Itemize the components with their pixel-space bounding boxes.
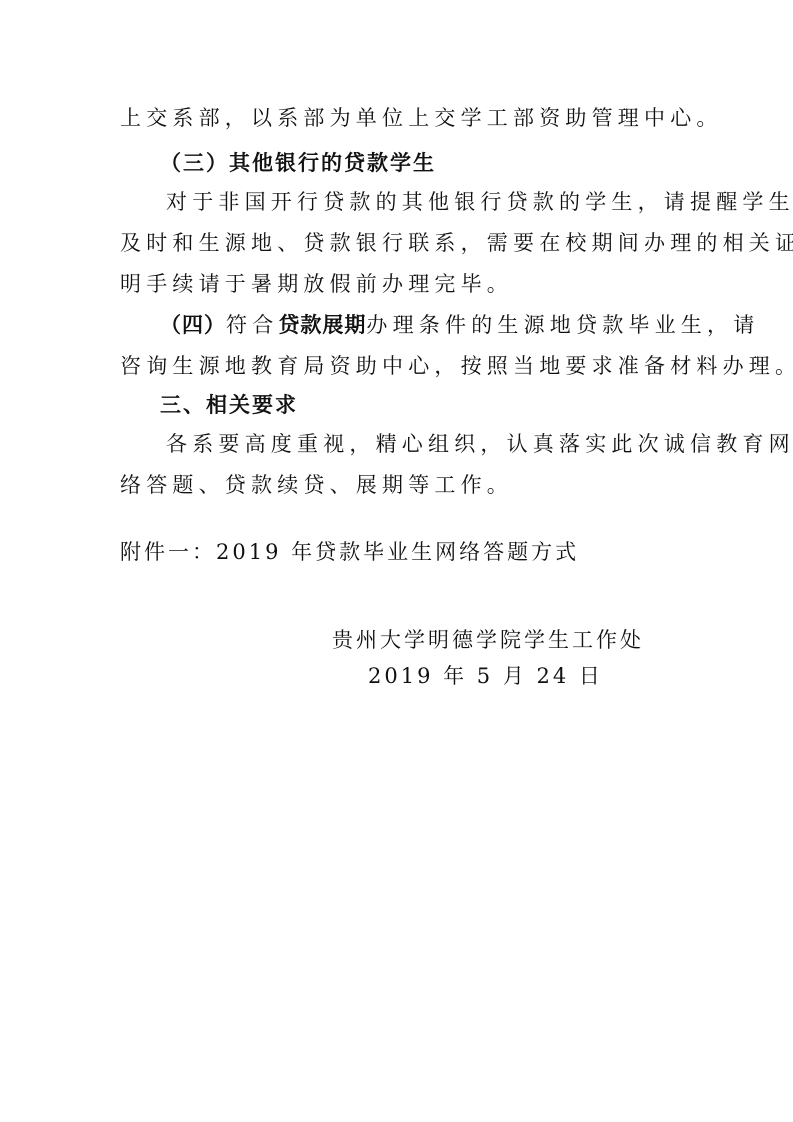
paragraph-line: 络答题、贷款续贷、展期等工作。 <box>120 471 513 499</box>
section-3-heading: 三、相关要求 <box>160 391 298 419</box>
paragraph-line: 各系要高度重视，精心组织，认真落实此次诚信教育网 <box>166 430 793 458</box>
item-4-text: 符合 <box>226 313 278 337</box>
paragraph-line: 咨询生源地教育局资助中心，按照当地要求准备材料办理。 <box>120 352 793 380</box>
paragraph-line: 及时和生源地、贷款银行联系，需要在校期间办理的相关证 <box>120 229 793 257</box>
item-4-prefix: （四） <box>160 313 226 337</box>
paragraph-line: 对于非国开行贷款的其他银行贷款的学生，请提醒学生 <box>166 188 793 216</box>
attachment-line: 附件一：2019 年贷款毕业生网络答题方式 <box>120 538 579 566</box>
paragraph-line: 上交系部，以系部为单位上交学工部资助管理中心。 <box>120 104 723 132</box>
item-4-line: （四）符合贷款展期办理条件的生源地贷款毕业生，请 <box>160 311 759 339</box>
item-4-bold: 贷款展期 <box>278 313 366 337</box>
paragraph-line: 明手续请于暑期放假前办理完毕。 <box>120 270 513 298</box>
signature-date: 2019 年 5 月 24 日 <box>368 660 603 690</box>
subheading-3: （三）其他银行的贷款学生 <box>160 149 436 177</box>
item-4-rest: 办理条件的生源地贷款毕业生，请 <box>366 313 759 337</box>
signature-org: 贵州大学明德学院学生工作处 <box>332 624 644 654</box>
